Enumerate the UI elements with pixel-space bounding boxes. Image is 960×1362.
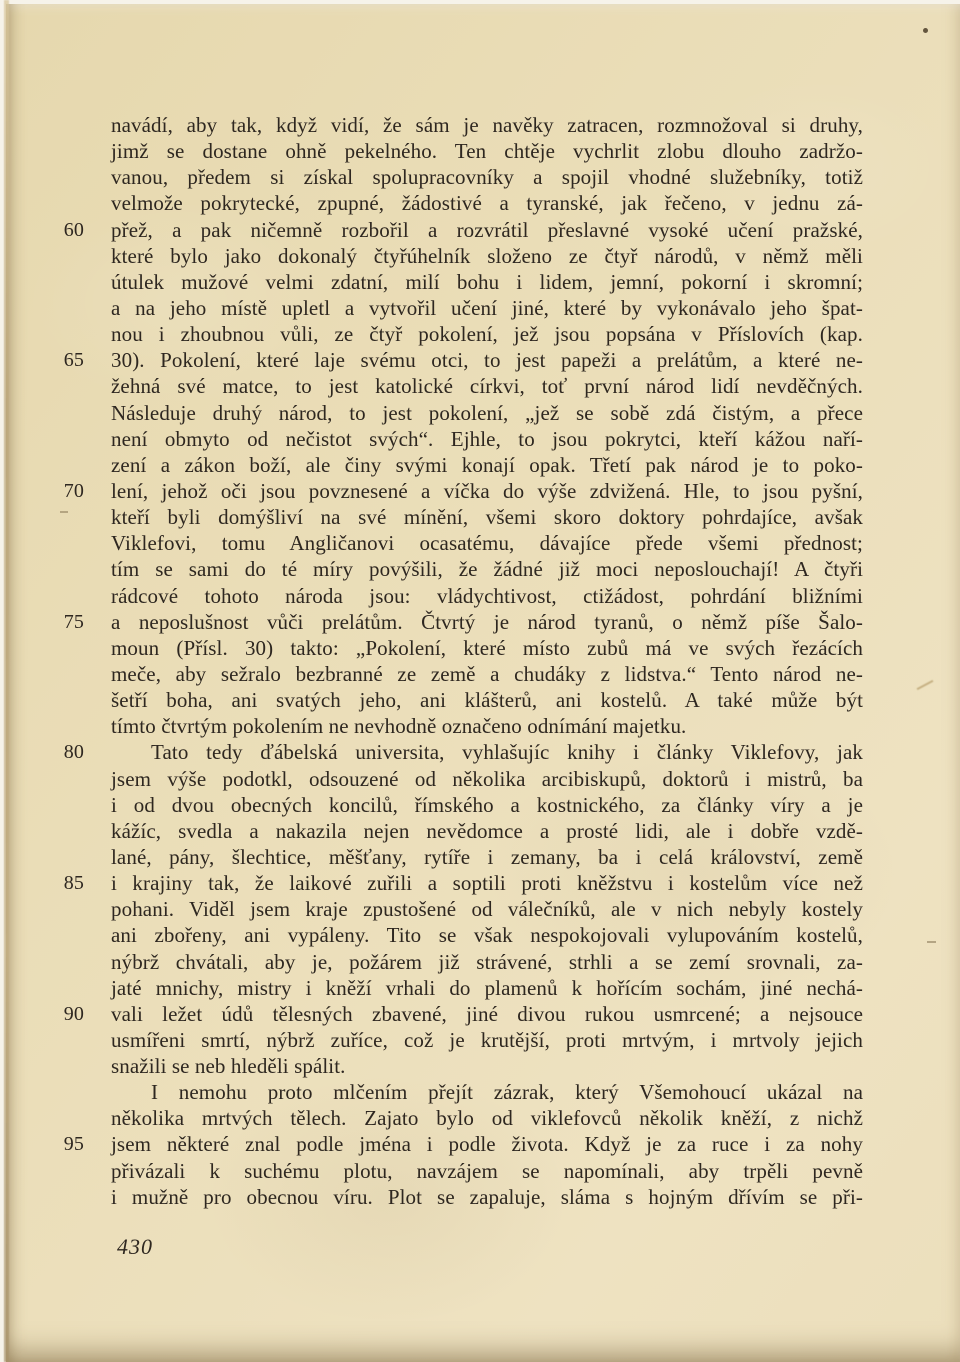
text-line-content: i od dvou obecných koncilů, římského a k… — [111, 792, 863, 818]
text-line: jimž se dostane ohně pekelného. Ten chtě… — [6, 138, 960, 164]
text-line-content: I nemohu proto mlčením přejít zázrak, kt… — [111, 1079, 863, 1105]
text-line: zení a zákon boží, ale činy svými konají… — [6, 452, 960, 478]
text-line-content: kteří byli domýšliví na své mínění, všem… — [111, 504, 863, 530]
margin-line-number — [6, 373, 84, 399]
margin-line-number — [6, 504, 84, 530]
text-line-content: lané, pány, šlechtice, měšťany, rytíře i… — [111, 844, 863, 870]
text-line: Následuje druhý národ, to jest pokolení,… — [6, 400, 960, 426]
margin-line-number — [6, 1184, 84, 1210]
text-line: útulek mužové velmi zdatní, milí bohu i … — [6, 269, 960, 295]
text-line-content: nou i zhoubnou vůli, ze čtyř pokolení, j… — [111, 321, 863, 347]
text-line-content: vanou, předem si získal spolupracovníky … — [111, 164, 863, 190]
text-line-content: usmířeni smrtí, nýbrž zuříce, což je kru… — [111, 1027, 863, 1053]
text-line-content: které bylo jako dokonalý čtyřúhelník slo… — [111, 243, 863, 269]
text-line-content: několika mrtvých tělech. Zajato bylo od … — [111, 1105, 863, 1131]
text-line-content: lení, jehož oči jsou povznesené a víčka … — [111, 478, 863, 504]
margin-line-number — [6, 112, 84, 138]
text-line-content: 30). Pokolení, které laje svému otci, to… — [111, 347, 863, 373]
text-line: 85 i krajiny tak, že laikové zuřili a so… — [6, 870, 960, 896]
text-line-content: Viklefovi, tomu Angličanovi ocasatému, d… — [111, 530, 863, 556]
text-line-content: útulek mužové velmi zdatní, milí bohu i … — [111, 269, 863, 295]
text-line: 80 Tato tedy ďábelská universita, vyhlaš… — [6, 739, 960, 765]
margin-line-number — [6, 530, 84, 556]
margin-line-number — [6, 635, 84, 661]
margin-line-number — [6, 766, 84, 792]
margin-line-number: 90 — [6, 1001, 84, 1027]
margin-line-number — [6, 400, 84, 426]
text-line: 65 30). Pokolení, které laje svému otci,… — [6, 347, 960, 373]
text-line: navádí, aby tak, když vidí, že sám je na… — [6, 112, 960, 138]
text-line: jsem výše podotkl, odsouzené od několika… — [6, 766, 960, 792]
text-block: navádí, aby tak, když vidí, že sám je na… — [6, 112, 960, 1210]
margin-line-number: 75 — [6, 609, 84, 635]
text-line: vanou, předem si získal spolupracovníky … — [6, 164, 960, 190]
margin-line-number: 85 — [6, 870, 84, 896]
page-number: 430 — [117, 1234, 153, 1260]
text-line-content: a neposlušnost vůči prelátům. Čtvrtý je … — [111, 609, 863, 635]
text-line: tím se sami do té míry povýšili, že žádn… — [6, 556, 960, 582]
text-line: několika mrtvých tělech. Zajato bylo od … — [6, 1105, 960, 1131]
text-line: a na jeho místě upletl a vytvořil učení … — [6, 295, 960, 321]
text-line-content: pohani. Viděl jsem kraje zpustošené od v… — [111, 896, 863, 922]
text-line-content: zení a zákon boží, ale činy svými konají… — [111, 452, 863, 478]
margin-line-number — [6, 1158, 84, 1184]
margin-line-number — [6, 426, 84, 452]
margin-line-number — [6, 975, 84, 1001]
text-line-content: tímto čtvrtým pokolením ne nevhodně ozna… — [111, 713, 863, 739]
margin-line-number — [6, 295, 84, 321]
text-line: moun (Přísl. 30) takto: „Pokolení, které… — [6, 635, 960, 661]
text-line: tímto čtvrtým pokolením ne nevhodně ozna… — [6, 713, 960, 739]
margin-line-number — [6, 1079, 84, 1105]
text-line: i od dvou obecných koncilů, římského a k… — [6, 792, 960, 818]
text-line: 95 jsem některé znal podle jména i podle… — [6, 1131, 960, 1157]
text-line: přivázali k suchému plotu, navzájem se n… — [6, 1158, 960, 1184]
margin-line-number — [6, 896, 84, 922]
text-line: žehná své matce, to jest katolické církv… — [6, 373, 960, 399]
margin-line-number — [6, 844, 84, 870]
text-line-content: Následuje druhý národ, to jest pokolení,… — [111, 400, 863, 426]
margin-line-number — [6, 583, 84, 609]
scanned-book-page-screenshot: navádí, aby tak, když vidí, že sám je na… — [0, 0, 960, 1362]
text-line: Viklefovi, tomu Angličanovi ocasatému, d… — [6, 530, 960, 556]
text-line: kteří byli domýšliví na své mínění, všem… — [6, 504, 960, 530]
text-line-content: přež, a pak ničemně rozbořil a rozvrátil… — [111, 217, 863, 243]
text-line: snažili se neb hleděli spálit. — [6, 1053, 960, 1079]
text-line: meče, aby sežralo bezbranné ze země a ch… — [6, 661, 960, 687]
margin-dash-right — [927, 941, 936, 943]
margin-line-number: 70 — [6, 478, 84, 504]
margin-line-number — [6, 1027, 84, 1053]
margin-line-number — [6, 818, 84, 844]
margin-line-number — [6, 922, 84, 948]
text-line: není obmyto od nečistot svých“. Ejhle, t… — [6, 426, 960, 452]
text-line-content: přivázali k suchému plotu, navzájem se n… — [111, 1158, 863, 1184]
margin-line-number — [6, 321, 84, 347]
text-line: i mužně pro obecnou víru. Plot se zapalu… — [6, 1184, 960, 1210]
text-line: 90 vali ležet údů tělesných zbavené, jin… — [6, 1001, 960, 1027]
text-line: nou i zhoubnou vůli, ze čtyř pokolení, j… — [6, 321, 960, 347]
text-line-content: snažili se neb hleděli spálit. — [111, 1053, 863, 1079]
text-line: lané, pány, šlechtice, měšťany, rytíře i… — [6, 844, 960, 870]
text-line-content: šetří boha, ani svatých jeho, ani klášte… — [111, 687, 863, 713]
text-line-content: nýbrž chvátali, aby je, požárem již strá… — [111, 949, 863, 975]
text-line-content: vali ležet údů tělesných zbavené, jiné d… — [111, 1001, 863, 1027]
text-line: 75 a neposlušnost vůči prelátům. Čtvrtý … — [6, 609, 960, 635]
text-line: nýbrž chvátali, aby je, požárem již strá… — [6, 949, 960, 975]
margin-line-number — [6, 556, 84, 582]
margin-line-number: 65 — [6, 347, 84, 373]
text-line-content: i krajiny tak, že laikové zuřili a sopti… — [111, 870, 863, 896]
book-page: navádí, aby tak, když vidí, že sám je na… — [6, 4, 960, 1362]
text-line-content: a na jeho místě upletl a vytvořil učení … — [111, 295, 863, 321]
text-line: které bylo jako dokonalý čtyřúhelník slo… — [6, 243, 960, 269]
text-line-content: žehná své matce, to jest katolické církv… — [111, 373, 863, 399]
margin-line-number — [6, 164, 84, 190]
margin-line-number — [6, 243, 84, 269]
margin-dash-left — [60, 511, 68, 513]
text-line-content: není obmyto od nečistot svých“. Ejhle, t… — [111, 426, 863, 452]
text-line: I nemohu proto mlčením přejít zázrak, kt… — [6, 1079, 960, 1105]
text-line-content: ani zbořeny, ani vypáleny. Tito se však … — [111, 922, 863, 948]
ink-speck — [923, 28, 928, 33]
margin-line-number — [6, 269, 84, 295]
margin-line-number: 95 — [6, 1131, 84, 1157]
margin-line-number — [6, 661, 84, 687]
text-line: rádcové tohoto národa jsou: vládychtivos… — [6, 583, 960, 609]
text-line: ani zbořeny, ani vypáleny. Tito se však … — [6, 922, 960, 948]
text-line-content: jsem výše podotkl, odsouzené od několika… — [111, 766, 863, 792]
text-line-content: Tato tedy ďábelská universita, vyhlašují… — [111, 739, 863, 765]
margin-line-number — [6, 949, 84, 975]
margin-line-number — [6, 1105, 84, 1131]
margin-line-number — [6, 713, 84, 739]
text-line: jaté mnichy, mistry i kněží vrhali do pl… — [6, 975, 960, 1001]
margin-line-number — [6, 792, 84, 818]
text-line-content: kážíc, svedla a nakazila nejen nevědomce… — [111, 818, 863, 844]
text-line: 60 přež, a pak ničemně rozbořil a rozvrá… — [6, 217, 960, 243]
margin-line-number — [6, 190, 84, 216]
text-line-content: velmože pokrytecké, zpupné, žádostivé a … — [111, 190, 863, 216]
text-line-content: tím se sami do té míry povýšili, že žádn… — [111, 556, 863, 582]
text-line-content: meče, aby sežralo bezbranné ze země a ch… — [111, 661, 863, 687]
text-line: usmířeni smrtí, nýbrž zuříce, což je kru… — [6, 1027, 960, 1053]
text-line-content: rádcové tohoto národa jsou: vládychtivos… — [111, 583, 863, 609]
text-line-content: moun (Přísl. 30) takto: „Pokolení, které… — [111, 635, 863, 661]
text-line: pohani. Viděl jsem kraje zpustošené od v… — [6, 896, 960, 922]
text-line: šetří boha, ani svatých jeho, ani klášte… — [6, 687, 960, 713]
page-left-edge — [4, 0, 9, 1362]
margin-line-number: 80 — [6, 739, 84, 765]
text-line-content: i mužně pro obecnou víru. Plot se zapalu… — [111, 1184, 863, 1210]
margin-line-number — [6, 452, 84, 478]
text-line: velmože pokrytecké, zpupné, žádostivé a … — [6, 190, 960, 216]
text-line: 70 lení, jehož oči jsou povznesené a víč… — [6, 478, 960, 504]
text-line-content: jsem některé znal podle jména i podle ži… — [111, 1131, 863, 1157]
margin-line-number: 60 — [6, 217, 84, 243]
text-line-content: navádí, aby tak, když vidí, že sám je na… — [111, 112, 863, 138]
margin-line-number — [6, 138, 84, 164]
text-line-content: jimž se dostane ohně pekelného. Ten chtě… — [111, 138, 863, 164]
text-line: kážíc, svedla a nakazila nejen nevědomce… — [6, 818, 960, 844]
margin-line-number — [6, 1053, 84, 1079]
margin-line-number — [6, 687, 84, 713]
text-line-content: jaté mnichy, mistry i kněží vrhali do pl… — [111, 975, 863, 1001]
